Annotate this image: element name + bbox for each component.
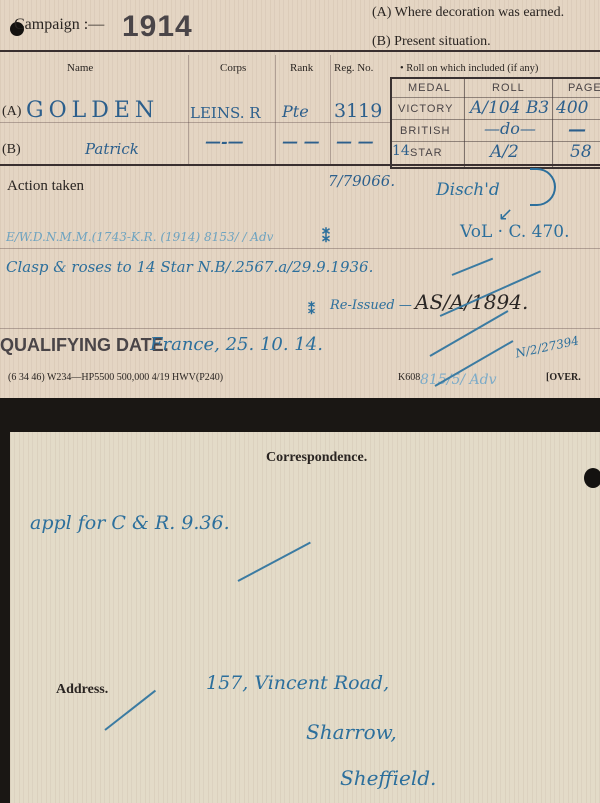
page-header: PAGE xyxy=(568,82,600,94)
forename: Patrick xyxy=(85,140,139,158)
footer-print: (6 34 46) W234—HP5500 500,000 4/19 HWV(P… xyxy=(8,372,223,383)
row-b-reg-no: — — xyxy=(336,132,374,151)
punch-hole xyxy=(584,468,600,488)
asterisk-mark-icon: ⁑ xyxy=(322,227,330,247)
correspondence-title: Correspondence. xyxy=(266,450,367,466)
row-b-rank: — — xyxy=(282,132,320,151)
strike-mark xyxy=(452,258,494,276)
legend-b: (B) Present situation. xyxy=(372,34,491,50)
crossed-entry: E/W.D.N.M.M.(1743-K.R. (1914) 8153/ / Ad… xyxy=(6,230,273,244)
reissued-label: Re-Issued — xyxy=(330,298,412,313)
medal-british: BRITISH xyxy=(400,125,450,137)
header-roll: • Roll on which included (if any) xyxy=(400,63,538,74)
bottom-ref-2: N/2/27394 xyxy=(514,333,580,360)
correspondence-note: appl for C & R. 9.36. xyxy=(30,512,230,534)
col-divider xyxy=(464,79,465,167)
col-divider xyxy=(330,55,331,165)
rank-value: Pte xyxy=(282,102,309,121)
medal-star: STAR xyxy=(410,147,443,159)
header-name: Name xyxy=(67,62,93,74)
qualifying-date-value: France, 25. 10. 14. xyxy=(150,334,323,355)
corps-value: LEINS. R xyxy=(190,104,261,122)
strike-mark xyxy=(104,690,156,731)
surname: GOLDEN xyxy=(26,98,159,123)
col-divider xyxy=(188,55,189,165)
medal-victory: VICTORY xyxy=(398,103,454,115)
asterisk-mark-icon: ⁑ xyxy=(308,302,315,319)
bottom-ref: 815/5/ Adv xyxy=(420,372,497,388)
vol-note: VoL · C. 470. xyxy=(460,222,570,242)
star-prefix: 14 xyxy=(392,143,410,159)
medal-card-back: Correspondence. appl for C & R. 9.36. Ad… xyxy=(10,432,600,803)
strike-mark xyxy=(238,542,311,582)
disch-note: Disch'd xyxy=(436,180,500,200)
star-roll: A/2 xyxy=(490,142,519,162)
medal-card-front: Campaign :— 1914 (A) Where decoration wa… xyxy=(0,0,600,398)
roll-header: ROLL xyxy=(492,82,525,94)
campaign-label: Campaign :— xyxy=(14,16,104,34)
british-roll: —do— xyxy=(484,119,536,138)
address-line-3: Sheffield. xyxy=(340,766,436,790)
clasp-note: Clasp & roses to 14 Star N.B/.2567.a/29.… xyxy=(6,258,373,276)
address-label: Address. xyxy=(56,682,108,698)
rule xyxy=(0,328,600,329)
footer-code: K608 xyxy=(398,372,420,383)
medal-table: MEDAL ROLL PAGE VICTORY A/104 B3 400 BRI… xyxy=(390,77,600,169)
action-taken-label: Action taken xyxy=(7,178,84,195)
header-reg-no: Reg. No. xyxy=(334,62,373,74)
medal-header: MEDAL xyxy=(408,82,451,94)
british-page: — xyxy=(568,119,586,140)
victory-roll: A/104 B3 xyxy=(470,98,549,118)
row-a-prefix: (A) xyxy=(2,104,21,120)
address-line-1: 157, Vincent Road, xyxy=(206,672,389,694)
rule xyxy=(0,248,600,249)
address-line-2: Sharrow, xyxy=(306,720,397,744)
qualifying-date-label: QUALIFYING DATE. xyxy=(0,335,169,356)
legend-a: (A) Where decoration was earned. xyxy=(372,5,564,21)
over-label: [OVER. xyxy=(546,372,581,383)
arrow-curve xyxy=(530,168,556,206)
header-rank: Rank xyxy=(290,62,313,74)
row-b-prefix: (B) xyxy=(2,142,21,158)
row-b-corps: —-— xyxy=(205,132,244,151)
col-divider xyxy=(552,79,553,167)
campaign-year: 1914 xyxy=(122,10,193,44)
header-rule xyxy=(0,50,600,52)
col-divider xyxy=(275,55,276,165)
header-corps: Corps xyxy=(220,62,246,74)
star-page: 58 xyxy=(570,142,592,162)
victory-page: 400 xyxy=(556,98,588,118)
reg-no-value: 3119 xyxy=(334,100,382,122)
ref-number: 7/79066. xyxy=(328,172,395,190)
